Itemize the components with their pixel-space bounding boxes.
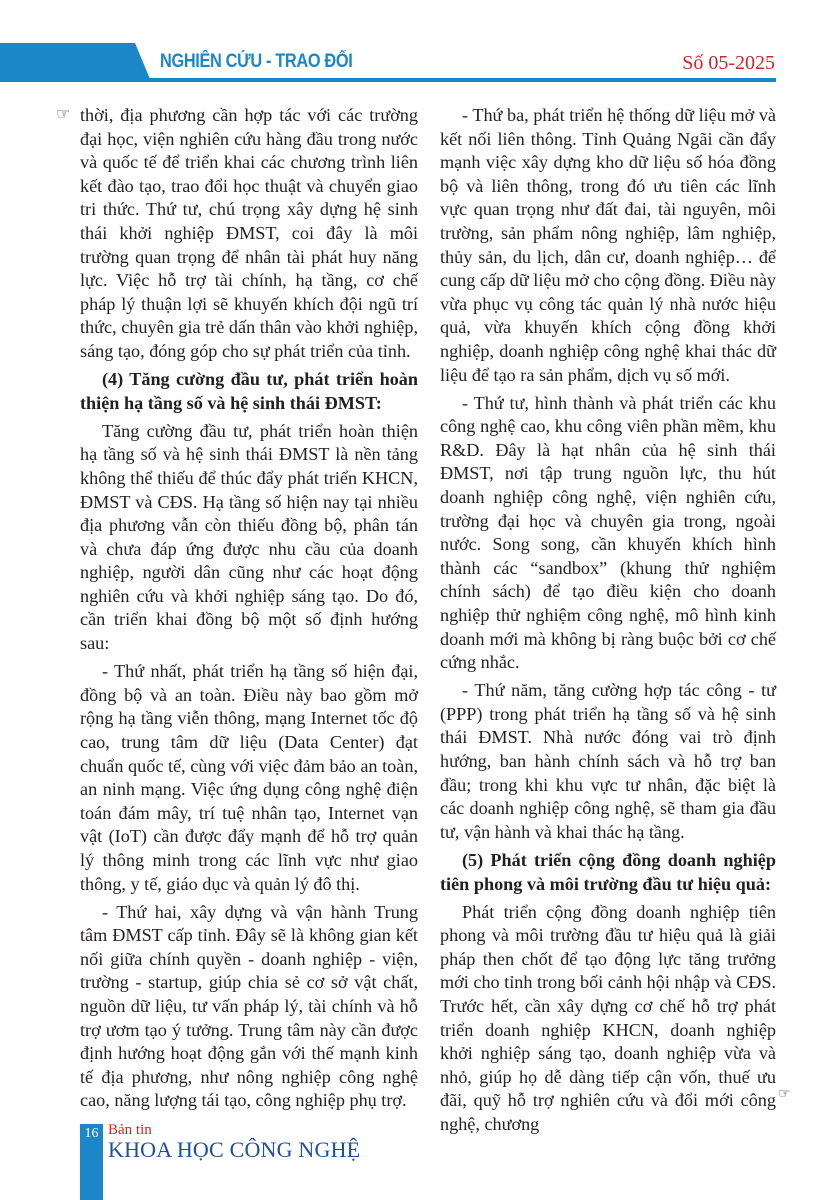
section-heading-4: (4) Tăng cường đầu tư, phát triển hoàn t… [80,368,418,415]
paragraph: thời, địa phương cần hợp tác với các trư… [80,104,418,364]
paragraph: - Thứ hai, xây dựng và vận hành Trung tâ… [80,901,418,1113]
publication-title: KHOA HỌC CÔNG NGHỆ [108,1137,360,1163]
header-accent-block [0,43,150,79]
article-column-left: thời, địa phương cần hợp tác với các trư… [80,104,418,1117]
paragraph: Tăng cường đầu tư, phát triển hoàn thiện… [80,420,418,656]
header-rule [0,78,776,82]
paragraph: - Thứ tư, hình thành và phát triển các k… [440,392,776,675]
paragraph: Phát triển cộng đồng doanh nghiệp tiên p… [440,901,776,1137]
issue-number: Số 05-2025 [682,52,775,75]
pointing-hand-icon: ☞ [778,1086,791,1102]
article-column-right: - Thứ ba, phát triển hệ thống dữ liệu mở… [440,104,776,1141]
paragraph: - Thứ nhất, phát triển hạ tầng số hiện đ… [80,660,418,896]
paragraph: - Thứ năm, tăng cường hợp tác công - tư … [440,679,776,844]
section-title: NGHIÊN CỨU - TRAO ĐỔI [160,51,352,73]
pointing-hand-icon: ☞ [56,104,70,123]
page-number: 16 [80,1126,103,1142]
section-heading-5: (5) Phát triển cộng đồng doanh nghiệp ti… [440,849,776,896]
paragraph: - Thứ ba, phát triển hệ thống dữ liệu mở… [440,104,776,387]
